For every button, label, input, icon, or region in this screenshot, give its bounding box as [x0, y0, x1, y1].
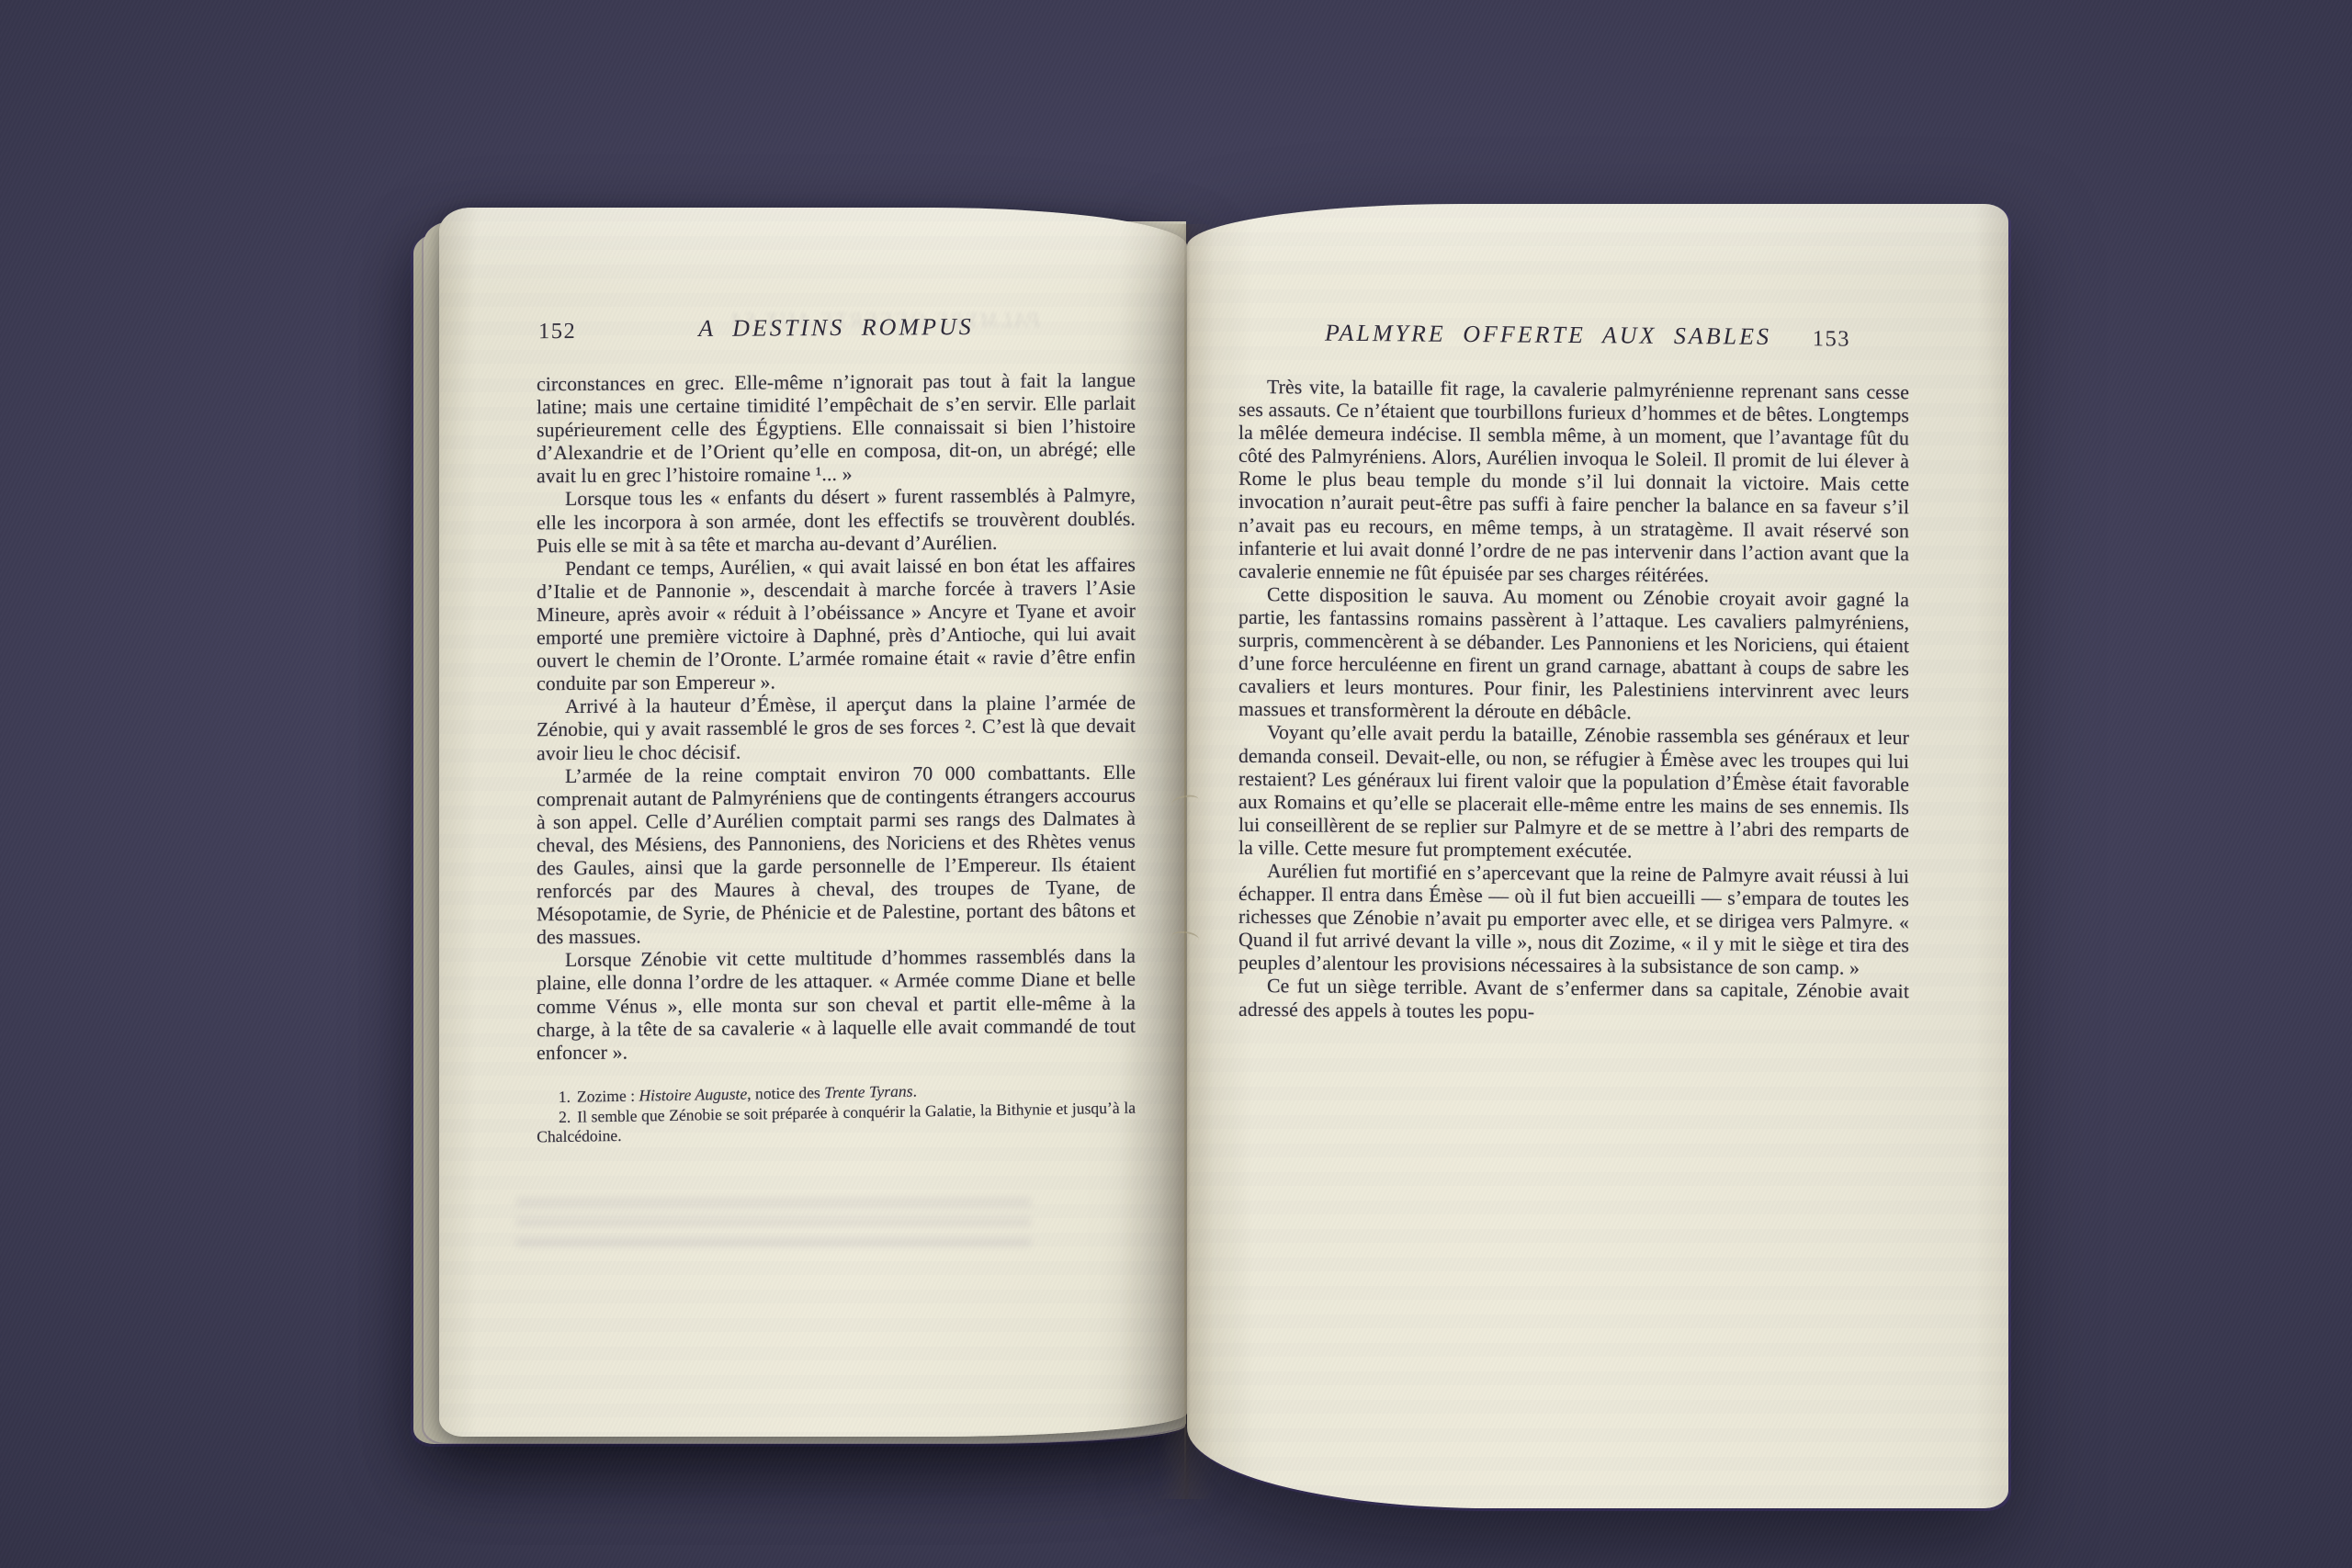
show-through-line [516, 1238, 1031, 1247]
show-through-line [516, 1198, 1031, 1206]
footnotes: 1.Zozime : Histoire Auguste, notice des … [537, 1077, 1136, 1147]
left-page: PALMYRE OFFERTE AUX SABLES 152 A DESTINS… [439, 208, 1187, 1437]
body-text: Très vite, la bataille fit rage, la cava… [1238, 376, 1909, 1027]
page-number: 153 [1813, 326, 1850, 352]
body-paragraph: Ce fut un siège terrible. Avant de s’enf… [1238, 975, 1909, 1027]
page-number: 152 [538, 319, 576, 344]
left-page-content: 152 A DESTINS ROMPUS circonstances en gr… [537, 312, 1136, 1145]
running-head: 152 A DESTINS ROMPUS [537, 312, 1136, 355]
show-through-lines [516, 1198, 1031, 1258]
footnote: 2.Il semble que Zénobie se soit préparée… [537, 1098, 1136, 1147]
body-paragraph: Très vite, la bataille fit rage, la cava… [1238, 376, 1909, 589]
body-text: circonstances en grec. Elle-même n’ignor… [537, 369, 1136, 1065]
running-title: A DESTINS ROMPUS [537, 312, 1136, 344]
footnote-number: 1. [559, 1088, 571, 1106]
body-paragraph: Lorsque tous les « enfants du désert » f… [537, 484, 1136, 558]
right-page-content: PALMYRE OFFERTE AUX SABLES 153 Très vite… [1238, 319, 1909, 1027]
book-gutter [1158, 224, 1215, 1499]
body-paragraph: Pendant ce temps, Aurélien, « qui avait … [537, 553, 1136, 695]
body-paragraph: Aurélien fut mortifié en s’apercevant qu… [1238, 860, 1909, 981]
body-paragraph: circonstances en grec. Elle-même n’ignor… [537, 369, 1136, 489]
body-paragraph: Lorsque Zénobie vit cette multitude d’ho… [537, 945, 1136, 1065]
show-through-text: PALMYRE OFFERTE AUX SABLES [733, 309, 1040, 340]
running-head: PALMYRE OFFERTE AUX SABLES 153 [1238, 319, 1909, 363]
photo-background: PALMYRE OFFERTE AUX SABLES 152 A DESTINS… [0, 0, 2352, 1568]
body-paragraph: Voyant qu’elle avait perdu la bataille, … [1238, 721, 1909, 865]
running-title: PALMYRE OFFERTE AUX SABLES [1238, 319, 1909, 352]
show-through-line [516, 1218, 1031, 1226]
stitching-thread [1170, 930, 1199, 946]
body-paragraph: Arrivé à la hauteur d’Émèse, il aperçut … [537, 692, 1136, 765]
footnote-number: 2. [559, 1107, 571, 1125]
stitching-thread [1170, 794, 1200, 811]
footnote: 1.Zozime : Histoire Auguste, notice des … [537, 1077, 1136, 1107]
body-paragraph: L’armée de la reine comptait environ 70 … [537, 761, 1136, 949]
page-stack-edge [424, 221, 1186, 1443]
body-paragraph: Cette disposition le sauva. Au moment ou… [1238, 583, 1909, 728]
page-stack-edge [413, 233, 1185, 1444]
right-page: PALMYRE OFFERTE AUX SABLES 153 Très vite… [1187, 204, 2008, 1508]
